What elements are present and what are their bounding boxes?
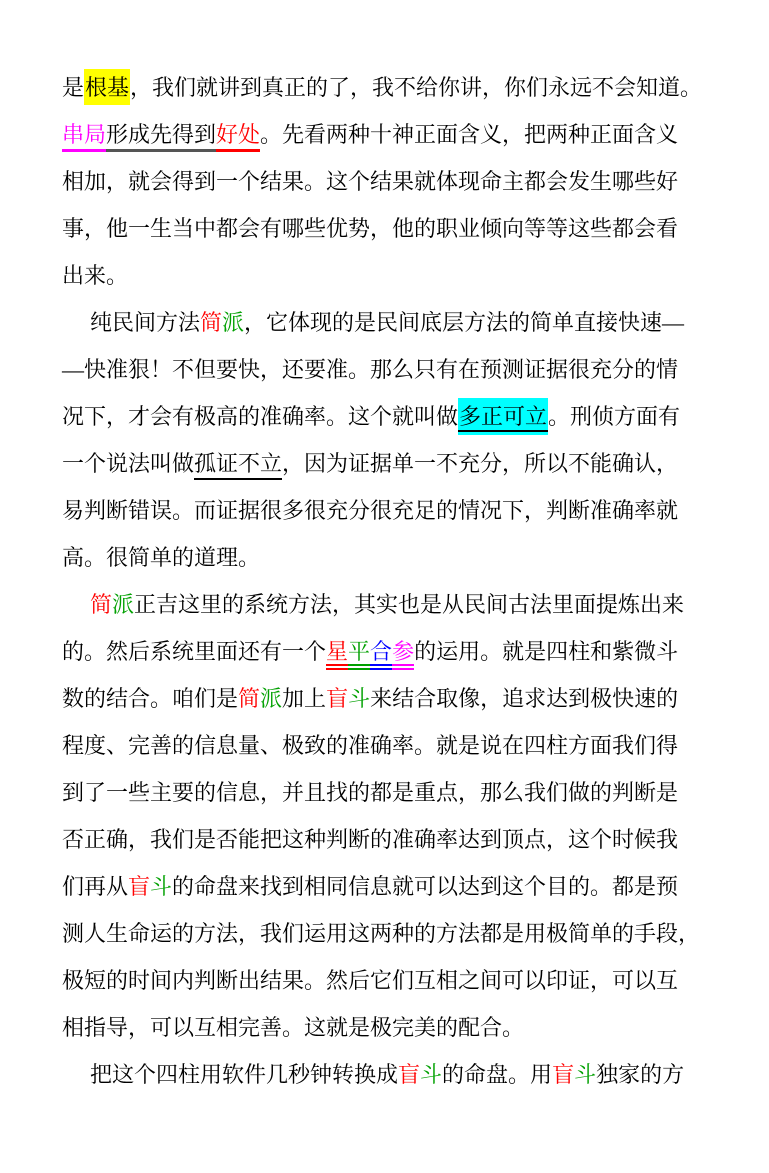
term-green: 斗 <box>574 1062 596 1087</box>
text-run: ，它体现的是民间底层方法的简单直接快速— <box>244 310 684 335</box>
text-run: —快准狠！不但要快，还要准。那么只有在预测证据很充分的情 <box>62 357 678 382</box>
term-du-red: 星 <box>326 639 348 670</box>
text-line: 是根基，我们就讲到真正的了，我不给你讲，你们永远不会知道。 <box>62 64 722 111</box>
text-run: 正吉这里的系统方法，其实也是从民间古法里面提炼出来 <box>134 592 684 617</box>
text-run: 来结合取像，追求达到极快速的 <box>370 686 678 711</box>
term-green: 斗 <box>348 686 370 711</box>
text-line: 测人生命运的方法，我们运用这两种的方法都是用极简单的手段， <box>62 910 722 957</box>
text-run: 独家的方 <box>596 1062 684 1087</box>
text-run: 的命盘。用 <box>442 1062 552 1087</box>
text-run: 易判断错误。而证据很多很充分很充足的情况下，判断准确率就 <box>62 498 678 523</box>
term-green: 斗 <box>150 874 172 899</box>
text-line: 一个说法叫做孤证不立，因为证据单一不充分，所以不能确认， <box>62 440 722 487</box>
text-run: 们再从 <box>62 874 128 899</box>
document-page: 是根基，我们就讲到真正的了，我不给你讲，你们永远不会知道。串局形成先得到好处。先… <box>0 0 769 1173</box>
text-run: 高。很简单的道理。 <box>62 545 260 570</box>
text-line: 否正确，我们是否能把这种判断的准确率达到顶点，这个时候我 <box>62 816 722 863</box>
text-line: —快准狠！不但要快，还要准。那么只有在预测证据很充分的情 <box>62 346 722 393</box>
document-text: 是根基，我们就讲到真正的了，我不给你讲，你们永远不会知道。串局形成先得到好处。先… <box>62 64 722 1098</box>
text-line: 高。很简单的道理。 <box>62 534 722 581</box>
text-run: 。先看两种十神正面含义，把两种正面含义 <box>260 122 678 147</box>
term-red: 简 <box>238 686 260 711</box>
text-run: 程度、完善的信息量、极致的准确率。就是说在四柱方面我们得 <box>62 733 678 758</box>
text-line: 们再从盲斗的命盘来找到相同信息就可以达到这个目的。都是预 <box>62 863 722 910</box>
text-line: 极短的时间内判断出结果。然后它们互相之间可以印证，可以互 <box>62 957 722 1004</box>
term-red: 盲 <box>552 1062 574 1087</box>
text-run: 的。然后系统里面还有一个 <box>62 639 326 664</box>
text-line: 纯民间方法简派，它体现的是民间底层方法的简单直接快速— <box>62 299 722 346</box>
text-run: ，我们就讲到真正的了，我不给你讲，你们永远不会知道。 <box>130 75 702 100</box>
text-run: 出来。 <box>62 263 128 288</box>
text-run: 否正确，我们是否能把这种判断的准确率达到顶点，这个时候我 <box>62 827 678 852</box>
term-hl-cyan: 多正可立 <box>458 398 548 432</box>
term-red: 盲 <box>398 1062 420 1087</box>
text-line: 串局形成先得到好处。先看两种十神正面含义，把两种正面含义 <box>62 111 722 158</box>
text-line: 简派正吉这里的系统方法，其实也是从民间古法里面提炼出来 <box>62 581 722 628</box>
term-red: 简 <box>90 592 112 617</box>
text-run: 的命盘来找到相同信息就可以达到这个目的。都是预 <box>172 874 678 899</box>
term-red: 盲 <box>326 686 348 711</box>
term-green: 派 <box>112 592 134 617</box>
text-line: 事，他一生当中都会有哪些优势，他的职业倾向等等这些都会看 <box>62 205 722 252</box>
term-green: 斗 <box>420 1062 442 1087</box>
term-hl-yellow: 根基 <box>84 69 130 105</box>
text-run: 相加，就会得到一个结果。这个结果就体现命主都会发生哪些好 <box>62 169 678 194</box>
text-run: 是 <box>62 75 84 100</box>
term-u-magenta: 串局 <box>62 122 106 152</box>
text-run: 一个说法叫做 <box>62 451 194 476</box>
text-line: 相指导，可以互相完善。这就是极完美的配合。 <box>62 1004 722 1051</box>
text-line: 到了一些主要的信息，并且找的都是重点，那么我们做的判断是 <box>62 769 722 816</box>
term-red: 盲 <box>128 874 150 899</box>
text-run: 事，他一生当中都会有哪些优势，他的职业倾向等等这些都会看 <box>62 216 678 241</box>
term-du-blue: 合 <box>370 639 392 670</box>
term-u-gray: 形成先得到 <box>106 122 216 152</box>
term-green: 派 <box>260 686 282 711</box>
text-run: 加上 <box>282 686 326 711</box>
text-line: 程度、完善的信息量、极致的准确率。就是说在四柱方面我们得 <box>62 722 722 769</box>
term-du-green: 平 <box>348 639 370 670</box>
text-line: 数的结合。咱们是简派加上盲斗来结合取像，追求达到极快速的 <box>62 675 722 722</box>
text-run: 把这个四柱用软件几秒钟转换成 <box>90 1062 398 1087</box>
text-run: 相指导，可以互相完善。这就是极完美的配合。 <box>62 1015 524 1040</box>
term-u-black: 孤证不立 <box>194 451 282 480</box>
term-red: 简 <box>200 310 222 335</box>
text-line: 况下，才会有极高的准确率。这个就叫做多正可立。刑侦方面有 <box>62 393 722 440</box>
text-run: 的运用。就是四柱和紫微斗 <box>414 639 678 664</box>
term-u-red: 好处 <box>216 122 260 152</box>
text-run: 到了一些主要的信息，并且找的都是重点，那么我们做的判断是 <box>62 780 678 805</box>
text-run: 测人生命运的方法，我们运用这两种的方法都是用极简单的手段， <box>62 921 700 946</box>
term-du-magenta: 参 <box>392 639 414 670</box>
text-line: 出来。 <box>62 252 722 299</box>
text-run: 。刑侦方面有 <box>548 404 680 429</box>
text-run: 况下，才会有极高的准确率。这个就叫做 <box>62 404 458 429</box>
text-line: 相加，就会得到一个结果。这个结果就体现命主都会发生哪些好 <box>62 158 722 205</box>
text-line: 易判断错误。而证据很多很充分很充足的情况下，判断准确率就 <box>62 487 722 534</box>
text-run: 数的结合。咱们是 <box>62 686 238 711</box>
text-line: 的。然后系统里面还有一个星平合参的运用。就是四柱和紫微斗 <box>62 628 722 675</box>
text-line: 把这个四柱用软件几秒钟转换成盲斗的命盘。用盲斗独家的方 <box>62 1051 722 1098</box>
text-run: 纯民间方法 <box>90 310 200 335</box>
text-run: 极短的时间内判断出结果。然后它们互相之间可以印证，可以互 <box>62 968 678 993</box>
term-green: 派 <box>222 310 244 335</box>
text-run: ，因为证据单一不充分，所以不能确认， <box>282 451 678 476</box>
